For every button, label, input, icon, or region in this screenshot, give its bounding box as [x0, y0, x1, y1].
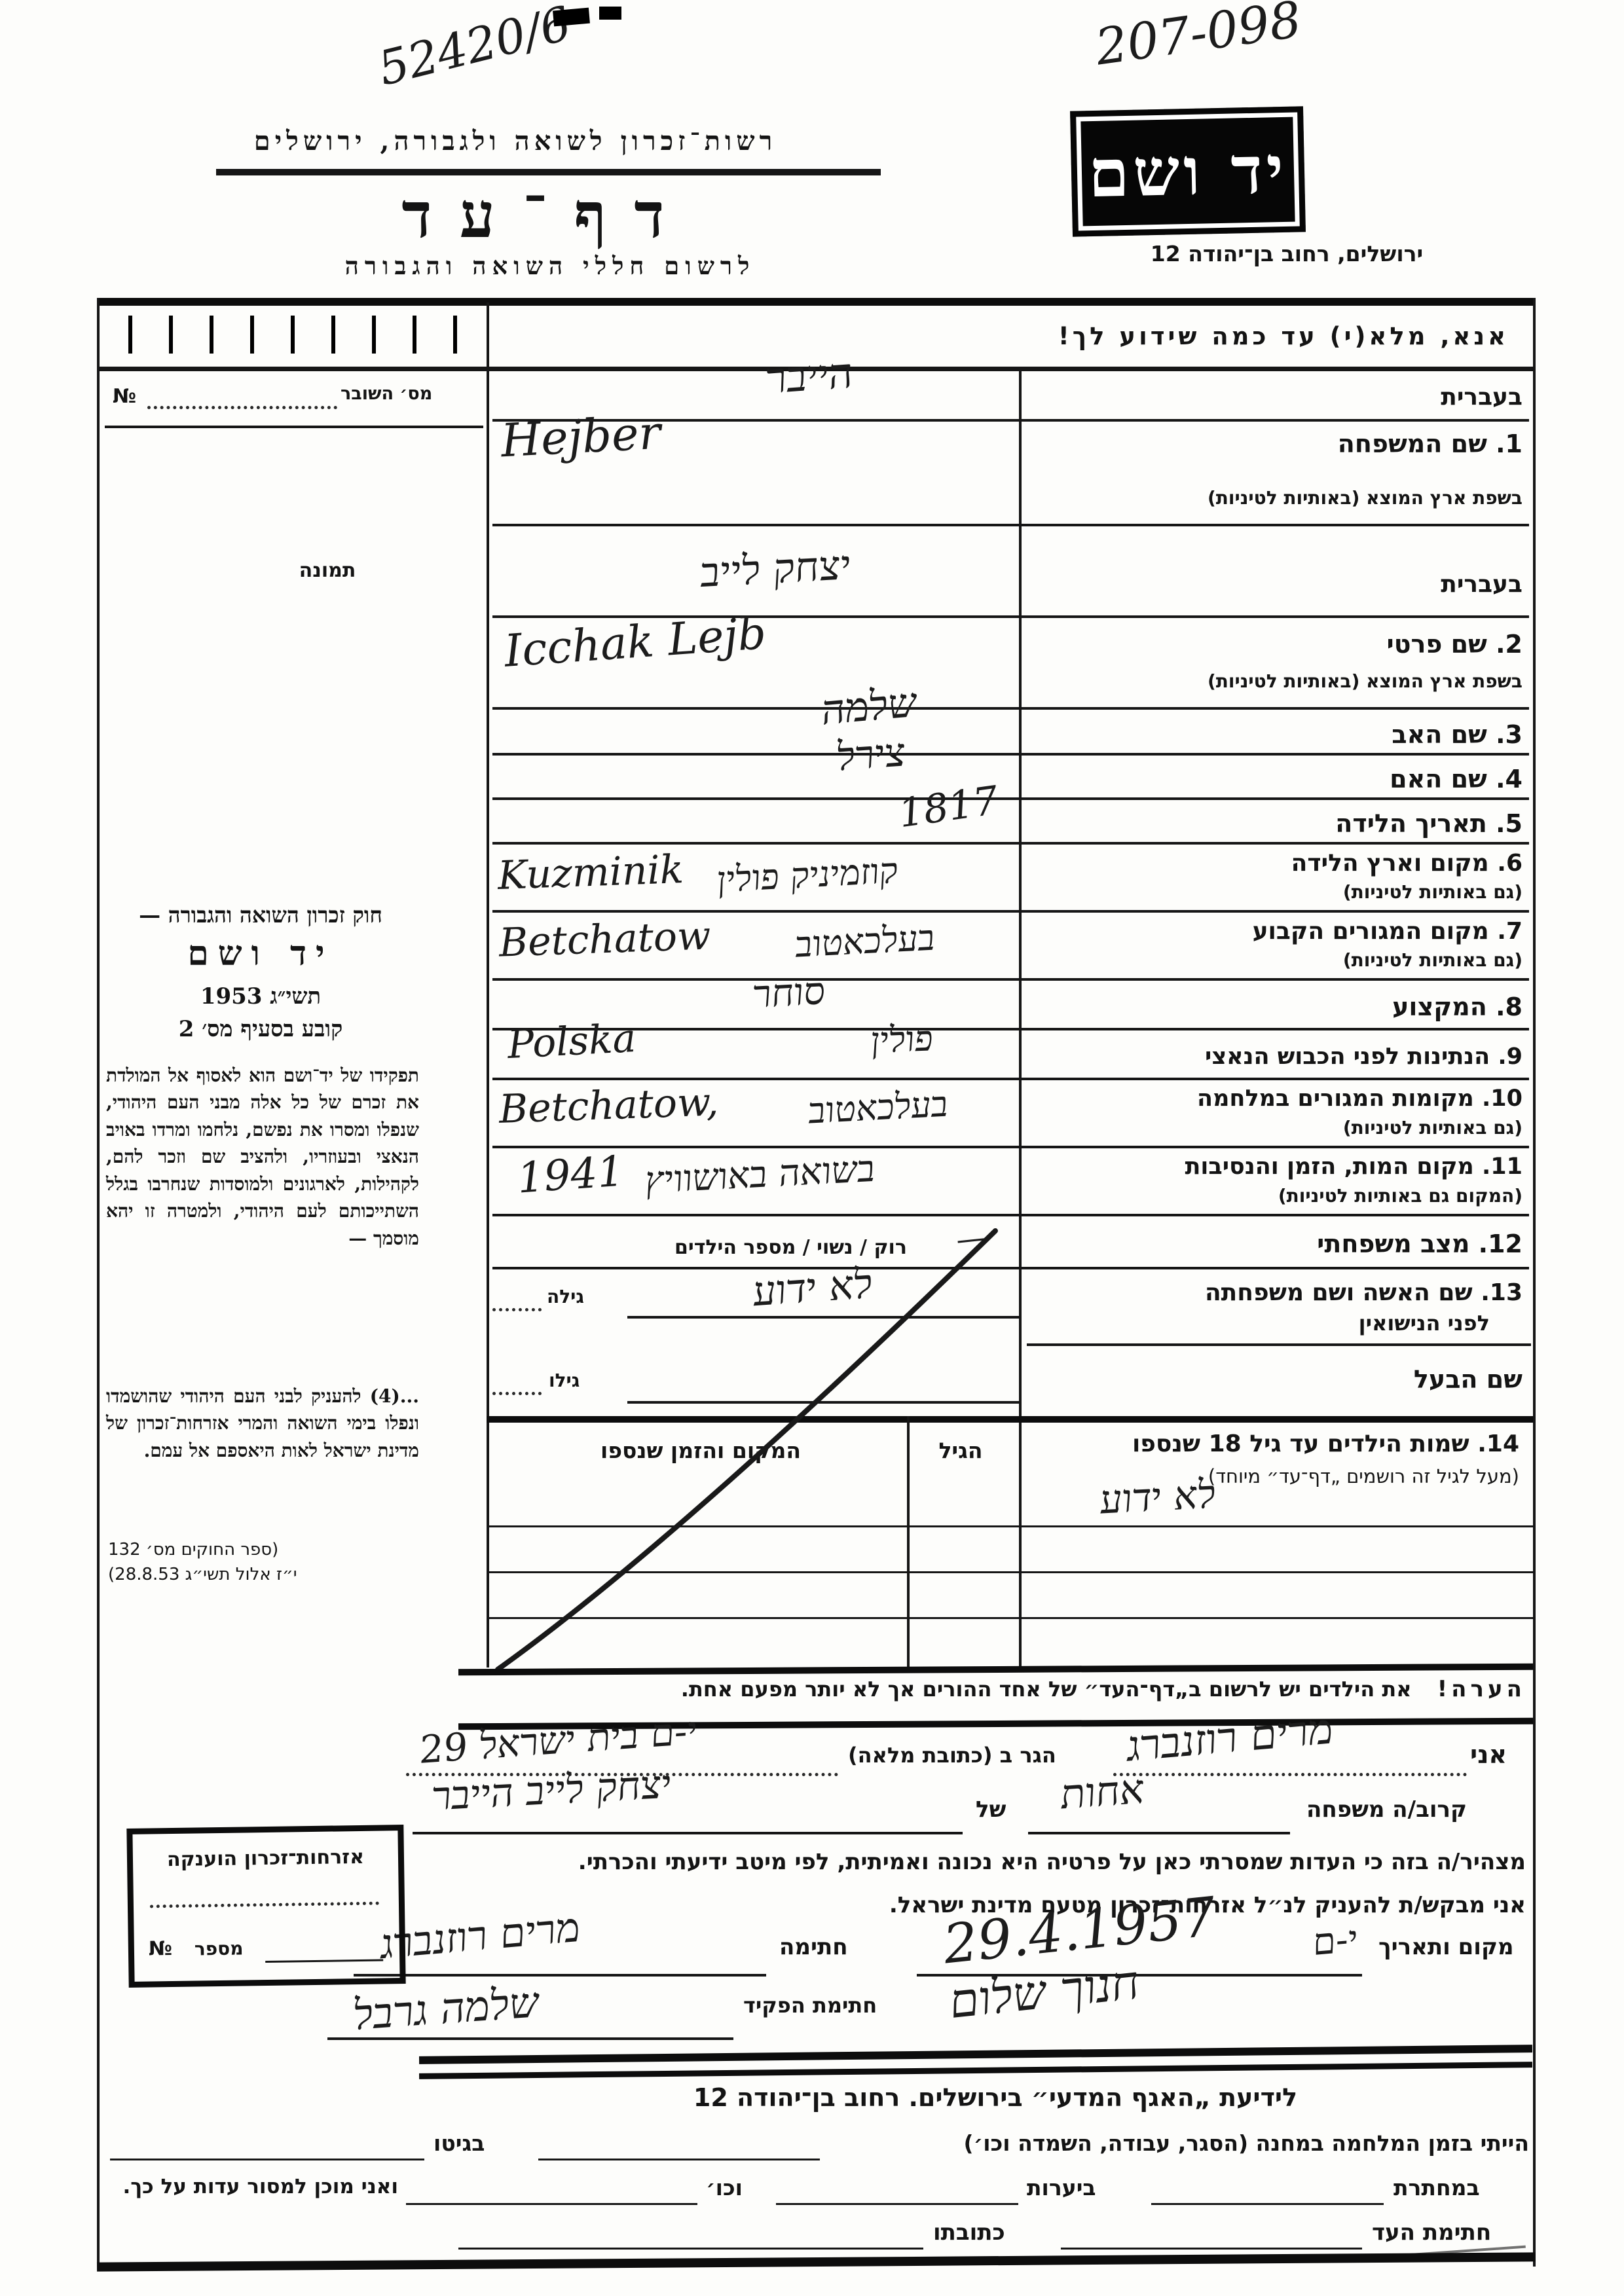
- section-double-rule-1: [419, 2045, 1532, 2064]
- witness-signature-label: חתימת העד: [1372, 2219, 1491, 2246]
- clerk-signature-underline: [327, 2037, 733, 2040]
- handwritten-war-residence-latin: Betchatow,: [498, 1079, 720, 1133]
- tick-mark: [453, 316, 457, 354]
- form-border-left: [97, 298, 100, 2267]
- signature-underline: [354, 1974, 766, 1977]
- field-sublabel-family-name: בשפת ארץ המוצא (באותיות לטיניות): [1031, 487, 1522, 509]
- ghetto-line: [110, 2159, 424, 2160]
- handwritten-death-place: בשואה באושוויץ: [644, 1148, 877, 1203]
- law-title-line2: יד ושם: [103, 934, 418, 974]
- handwritten-place: י-ם: [1313, 1918, 1358, 1964]
- field-sublabel-death-place: (המקום גם באותיות לטיניות): [1031, 1185, 1522, 1207]
- tick-mark: [250, 316, 254, 354]
- authority-title: רשות־זכרון לשואה ולגבורה, ירושלים: [145, 126, 885, 156]
- field-sublabel-residence: (גם באותיות לטיניות): [1031, 949, 1522, 971]
- law-text: תפקידו של יד־ושם הוא לאסוף אל המולדת את …: [106, 1062, 419, 1252]
- field-sublabel-first-name: בשפת ארץ המוצא (באותיות לטיניות): [1031, 670, 1522, 692]
- field-sublabel-birth-place: (גם באותיות לטיניות): [1031, 881, 1522, 903]
- label-rule: [1027, 1343, 1531, 1346]
- handwritten-mother-name: צירל: [836, 729, 906, 780]
- handwritten-children-names: לא ידוע: [1099, 1471, 1218, 1523]
- logo-text: יד ושם: [1088, 131, 1288, 212]
- field-sublabel-war-residence: (גם באותיות לטיניות): [1031, 1117, 1522, 1139]
- handwritten-residence-hebrew: בעלכאטוב: [794, 917, 936, 965]
- handwritten-citizenship-hebrew: פולין: [870, 1017, 935, 1061]
- handwritten-residence-latin: Betchatow: [498, 913, 712, 966]
- field-rule: [492, 707, 1529, 710]
- field-rule: [492, 842, 1529, 845]
- field-label-residence: 7. מקום המגורים הקבוע: [1031, 918, 1522, 945]
- field-rule: [492, 978, 1529, 981]
- field-label-husband-name: שם הבעל: [1031, 1365, 1522, 1394]
- witness-address-line: [458, 2248, 923, 2250]
- declaration-truth-text: מצהיר/ה בזה כי העדות שמסרתי כאן על פרטיה…: [458, 1849, 1526, 1875]
- handwritten-reference-number: 52420/6: [373, 0, 576, 96]
- section-double-rule-2: [419, 2062, 1532, 2079]
- tick-mark: [372, 316, 376, 354]
- field-label-father-name: 3. שם האב: [1031, 720, 1522, 749]
- handwritten-first-name-hebrew: יצחק לייב: [699, 541, 852, 597]
- camp-line: [538, 2159, 820, 2160]
- form-border-bottom: [97, 2252, 1536, 2271]
- scan-artifact: [599, 7, 621, 20]
- underground-label: במחתרת: [1393, 2175, 1480, 2200]
- form-border-top: [97, 298, 1536, 306]
- field-label-first-name: 2. שם פרטי: [1031, 630, 1522, 659]
- children-field-title: 14. שמות הילדים עד גיל 18 שנספו: [1048, 1430, 1519, 1457]
- field-rule: [492, 1214, 1529, 1216]
- camp-line-label: הייתי בזמן המלחמה במחנה (הסגר, עבודה, הש…: [828, 2130, 1529, 2156]
- fill-instruction: אנא, מלא(י) עד כמה שידוע לך!: [1048, 322, 1519, 350]
- handwritten-family-name-hebrew: הייבר: [766, 349, 854, 404]
- citizenship-box-number-label: מספר: [194, 1937, 244, 1959]
- tick-mark: [169, 316, 173, 354]
- relation-underline: [1028, 1832, 1290, 1834]
- handwritten-birth-place-latin: Kuzminik: [497, 847, 684, 899]
- tick-mark: [291, 316, 295, 354]
- place-date-label: מקום ותאריך: [1378, 1934, 1514, 1960]
- field-rule: [492, 524, 1529, 526]
- handwritten-first-name-latin: Icchak Lejb: [503, 608, 768, 678]
- info-line: לידיעת „האגף המדעי״ בירושלים. רחוב בן־יה…: [485, 2083, 1506, 2112]
- field-label-profession: 8. המקצוע: [1031, 993, 1522, 1021]
- form-border-right: [1533, 298, 1536, 2267]
- relation-of-label: של: [976, 1796, 1006, 1823]
- tick-mark: [331, 316, 335, 354]
- law-title-line3: תשי״ג 1953: [103, 983, 418, 1010]
- citizenship-box-title: אזרחות־זכרון הוענקה: [133, 1845, 398, 1872]
- field-label-family-name: 1. שם המשפחה: [1031, 429, 1522, 458]
- handwritten-clerk-signature-2: שלמה גרבל: [352, 1978, 541, 2040]
- voucher-label: מס׳ השובר: [341, 384, 481, 404]
- form-subtitle: לרשום חללי השואה והגבורה: [341, 251, 760, 281]
- scanned-testimony-page: 52420/6 207-098 רשות־זכרון לשואה ולגבורה…: [0, 0, 1624, 2296]
- voucher-number-sign: №: [113, 385, 136, 408]
- field-label-birth-date: 5. תאריך הלידה: [1031, 809, 1522, 838]
- pen-stroke: [485, 1218, 1022, 1676]
- signature-label: חתימה: [779, 1934, 848, 1960]
- voucher-underline: [105, 426, 483, 428]
- voucher-number-line: [147, 406, 337, 409]
- tick-mark: [413, 316, 416, 354]
- forests-line: [776, 2203, 1018, 2205]
- ready-to-testify-label: ואני מוכן למסור עדות על כך.: [103, 2175, 398, 2198]
- forests-label: ביערות: [1027, 2175, 1096, 2200]
- field-label-wife-name: 13. שם האשה ושם משפחתה: [1031, 1279, 1522, 1306]
- field-label-hebrew-2: בעברית: [1031, 571, 1522, 598]
- field-sublabel-wife-name: לפני הנישואין: [1031, 1311, 1490, 1336]
- field-label-mother-name: 4. שם האם: [1031, 765, 1522, 793]
- ghetto-label: בגיטו: [434, 2130, 485, 2156]
- etc-line: [406, 2203, 697, 2205]
- field-label-citizenship: 9. הנתינות לפני הכבוש הנאצי: [1031, 1044, 1522, 1070]
- handwritten-war-residence-hebrew: בעלכאטוב: [807, 1083, 949, 1131]
- citizenship-box-no-sign: №: [149, 1937, 173, 1961]
- handwritten-profession: סוחר: [752, 968, 827, 1017]
- witness-name-line: [1113, 1773, 1467, 1776]
- field-rule: [492, 1078, 1529, 1080]
- form-title: דף־עד: [393, 178, 701, 252]
- handwritten-relation: אחות: [1060, 1764, 1145, 1819]
- tick-mark: [128, 316, 132, 354]
- handwritten-file-number: 207-098: [1092, 0, 1304, 77]
- handwritten-birth-year: 1817: [896, 778, 1001, 837]
- handwritten-father-name: שלמה: [821, 678, 917, 735]
- law-reference-1: (ספר החוקים מס׳ 132: [108, 1540, 278, 1559]
- law-title-line4: קובע בסעיף מס׳ 2: [103, 1016, 418, 1042]
- witness-address-label: כתובתו: [933, 2219, 1005, 2246]
- citizenship-box-number-line: [265, 1959, 383, 1963]
- handwritten-death-year: 1941: [516, 1147, 626, 1203]
- handwritten-family-name-latin: Hejber: [500, 406, 662, 468]
- logo-address: ירושלים, רחוב בן־יהודה 12: [1041, 241, 1532, 266]
- note-title: הערה!: [1437, 1676, 1526, 1702]
- law-title-line1: חוק זכרון השואה והגבורה —: [103, 902, 418, 928]
- handwritten-witness-name: מרים רוזנברג: [1126, 1705, 1334, 1772]
- note-text: את הילדים יש לרשום ב„דף־העד״ של אחד ההור…: [681, 1677, 1412, 1702]
- etc-label: וכו׳: [706, 2175, 743, 2200]
- handwritten-victim-full-name: יצחק לייב הייבר: [431, 1761, 673, 1819]
- field-label-birth-place: 6. מקום וארץ הלידה: [1031, 850, 1522, 877]
- children-note: הערה! את הילדים יש לרשום ב„דף־העד״ של אח…: [478, 1676, 1526, 1702]
- field-rule: [492, 910, 1529, 913]
- header-divider: [216, 169, 881, 175]
- witness-signature-line: [1061, 2248, 1362, 2250]
- field-rule: [492, 1028, 1529, 1030]
- field-label-hebrew-1: בעברית: [1031, 384, 1522, 410]
- clerk-signature-label: חתימת הפקיד: [743, 1993, 877, 2018]
- citizenship-granted-box: אזרחות־זכרון הוענקה № מספר: [126, 1825, 405, 1988]
- field-rule: [492, 797, 1529, 800]
- law-reference-2: י״ז אלול תשי״ג 28.8.53): [108, 1565, 297, 1584]
- citizenship-box-line: [150, 1902, 379, 1908]
- field-rule: [492, 1146, 1529, 1148]
- declaration-address-label: הגר ב (כתובת מלאה): [848, 1743, 1056, 1768]
- field-label-war-residence: 10. מקומות המגורים במלחמה: [1031, 1085, 1522, 1112]
- field-label-death-place: 11. מקום המות, הזמן והנסיבות: [1031, 1154, 1522, 1180]
- handwritten-citizenship-latin: Polska: [506, 1015, 637, 1068]
- victim-name-underline: [413, 1832, 963, 1834]
- field-label-marital-status: 12. מצב משפחתי: [1031, 1230, 1522, 1258]
- scan-artifact: [553, 8, 590, 27]
- tick-mark: [210, 316, 213, 354]
- yad-vashem-logo: יד ושם: [1070, 106, 1306, 236]
- handwritten-birth-place-hebrew: קוזמיניק פולין: [716, 850, 900, 901]
- photo-label: תמונה: [275, 559, 380, 582]
- underground-line: [1151, 2203, 1384, 2205]
- handwritten-witness-signature: מרים רוזנברג: [379, 1903, 581, 1969]
- field-rule: [492, 753, 1529, 756]
- relation-label: קרוב/ה משפחה: [1306, 1796, 1467, 1823]
- law-clause: ...(4) להעניק לבני העם היהודי שהושמדו ונ…: [106, 1383, 419, 1464]
- declaration-i-label: אני: [1470, 1740, 1507, 1769]
